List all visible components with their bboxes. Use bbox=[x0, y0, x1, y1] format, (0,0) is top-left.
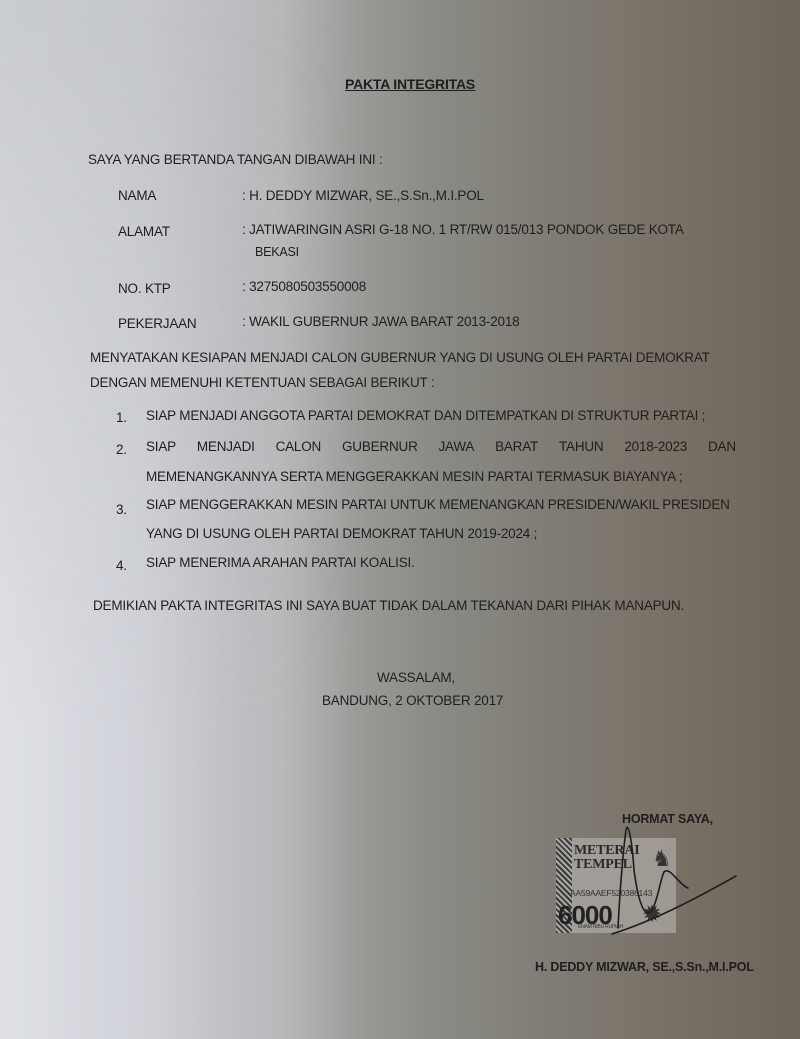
place-date: BANDUNG, 2 OKTOBER 2017 bbox=[322, 693, 503, 708]
document-title: PAKTA INTEGRITAS bbox=[0, 76, 800, 92]
intro-text: SAYA YANG BERTANDA TANGAN DIBAWAH INI : bbox=[88, 152, 383, 167]
field-value: : H. DEDDY MIZWAR, SE.,S.Sn.,M.I.POL bbox=[242, 188, 484, 203]
word: CALON bbox=[276, 439, 322, 454]
word: DAN bbox=[708, 439, 736, 454]
word: TAHUN bbox=[559, 439, 604, 454]
closing-statement: DEMIKIAN PAKTA INTEGRITAS INI SAYA BUAT … bbox=[93, 598, 684, 613]
word: BARAT bbox=[495, 439, 538, 454]
signatory-name: H. DEDDY MIZWAR, SE.,S.Sn.,M.I.POL bbox=[535, 960, 754, 974]
list-text-continued: MEMENANGKANNYA SERTA MENGGERAKKAN MESIN … bbox=[146, 469, 682, 484]
list-text: SIAP MENJADI ANGGOTA PARTAI DEMOKRAT DAN… bbox=[146, 408, 705, 423]
word: 2018-2023 bbox=[624, 439, 687, 454]
field-value: : 3275080503550008 bbox=[242, 279, 366, 294]
list-text: SIAP MENERIMA ARAHAN PARTAI KOALISI. bbox=[146, 555, 415, 570]
field-value: : JATIWARINGIN ASRI G-18 NO. 1 RT/RW 015… bbox=[242, 222, 684, 237]
list-number: 2. bbox=[116, 442, 127, 457]
word: SIAP bbox=[146, 439, 176, 454]
field-value-continued: BEKASI bbox=[255, 245, 299, 259]
word: JAWA bbox=[439, 439, 475, 454]
signature-icon bbox=[540, 810, 760, 950]
word: MENJADI bbox=[197, 439, 255, 454]
list-number: 1. bbox=[116, 410, 127, 425]
field-label: ALAMAT bbox=[118, 224, 170, 239]
document-page: PAKTA INTEGRITAS SAYA YANG BERTANDA TANG… bbox=[0, 0, 800, 1039]
list-number: 3. bbox=[116, 502, 127, 517]
field-value: : WAKIL GUBERNUR JAWA BARAT 2013-2018 bbox=[242, 314, 519, 329]
statement-line-1: MENYATAKAN KESIAPAN MENJADI CALON GUBERN… bbox=[90, 350, 710, 365]
list-text-justified: SIAP MENJADI CALON GUBERNUR JAWA BARAT T… bbox=[146, 439, 736, 454]
list-text: SIAP MENGGERAKKAN MESIN PARTAI UNTUK MEM… bbox=[146, 497, 730, 512]
salutation: WASSALAM, bbox=[377, 670, 455, 685]
field-label: NAMA bbox=[118, 188, 156, 203]
field-label: NO. KTP bbox=[118, 281, 171, 296]
list-text-continued: YANG DI USUNG OLEH PARTAI DEMOKRAT TAHUN… bbox=[146, 526, 537, 541]
field-label: PEKERJAAN bbox=[118, 316, 196, 331]
statement-line-2: DENGAN MEMENUHI KETENTUAN SEBAGAI BERIKU… bbox=[90, 375, 434, 390]
list-number: 4. bbox=[116, 558, 127, 573]
word: GUBERNUR bbox=[342, 439, 418, 454]
